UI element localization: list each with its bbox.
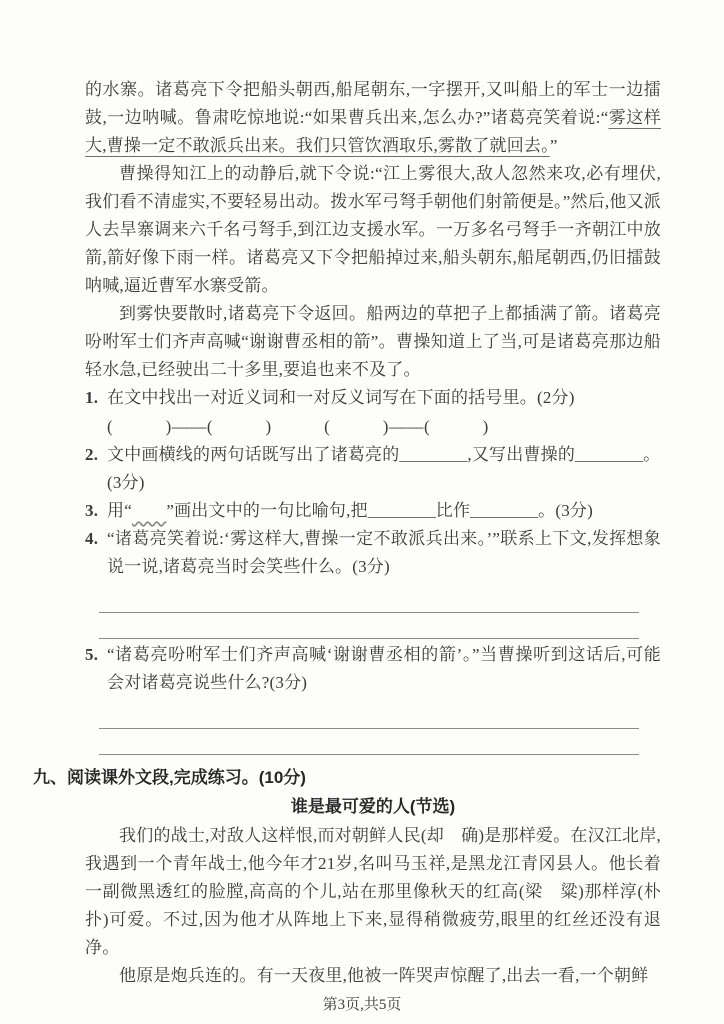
fill-in-blank: ________ [399,445,467,464]
question-text: “诸葛亮吩咐军士们齐声高喊‘谢谢曹丞相的箭’。”当曹操听到这话后,可能会对诸葛亮… [107,641,661,697]
question-number: 1. [85,384,107,441]
page-number: 第3页,共5页 [0,993,724,1014]
paragraph-text: 的水寨。诸葛亮下令把船头朝西,船尾朝东,一字摆开,又叫船上的军士一边擂鼓,一边呐… [85,80,661,127]
question-text: 在文中找出一对近义词和一对反义词写在下面的括号里。(2分) [107,388,575,407]
reading-passage-1: 的水寨。诸葛亮下令把船头朝西,船尾朝东,一字摆开,又叫船上的军士一边擂鼓,一边呐… [85,76,661,755]
score-note: (3分) [107,469,661,497]
question-body: 文中画横线的两句话既写出了诸葛亮的________,又写出曹操的________… [107,441,661,497]
question-body: 在文中找出一对近义词和一对反义词写在下面的括号里。(2分) ( )——( ) (… [107,384,661,441]
question-2: 2. 文中画横线的两句话既写出了诸葛亮的________,又写出曹操的_____… [85,441,661,497]
passage-paragraph: 到雾快要散时,诸葛亮下令返回。船两边的草把子上都插满了箭。诸葛亮吩咐军士们齐声高… [85,300,661,384]
question-text: “诸葛亮笑着说:‘雾这样大,曹操一定不敢派兵出来。’”联系上下文,发挥想象说一说… [107,525,661,581]
section-9-header: 九、阅读课外文段,完成练习。(10分) [33,764,663,792]
question-1: 1. 在文中找出一对近义词和一对反义词写在下面的括号里。(2分) ( )——( … [85,384,661,441]
answer-line [99,587,639,613]
question-number: 2. [85,441,107,497]
paragraph-text: ” [550,136,558,155]
reading-passage-2: 谁是最可爱的人(节选) 我们的战士,对敌人这样恨,而对朝鲜人民(却 确)是那样爱… [85,793,661,990]
exam-page: 的水寨。诸葛亮下令把船头朝西,船尾朝东,一字摆开,又叫船上的军士一边擂鼓,一边呐… [0,0,724,1024]
answer-line [99,729,639,755]
question-4: 4. “诸葛亮笑着说:‘雾这样大,曹操一定不敢派兵出来。’”联系上下文,发挥想象… [85,525,661,581]
answer-line [99,613,639,639]
question-text: 。(3分) [538,501,593,520]
passage-paragraph: 我们的战士,对敌人这样恨,而对朝鲜人民(却 确)是那样爱。在汉江北岸,我遇到一个… [85,822,661,962]
question-text: ,又写出曹操的 [467,445,575,464]
question-text: 比作 [436,501,470,520]
question-5: 5. “诸葛亮吩咐军士们齐声高喊‘谢谢曹丞相的箭’。”当曹操听到这话后,可能会对… [85,641,661,697]
question-3: 3. 用“ ”画出文中的一句比喻句,把________比作________。(3… [85,497,661,525]
fill-in-blank: ________ [470,501,538,520]
question-number: 3. [85,497,107,525]
question-body: 用“ ”画出文中的一句比喻句,把________比作________。(3分) [107,497,661,525]
question-number: 5. [85,641,107,697]
question-text: ”画出文中的一句比喻句,把 [166,501,367,520]
answer-area [99,587,639,639]
fill-in-blank: ________ [368,501,436,520]
question-number: 4. [85,525,107,581]
reading-passage-title: 谁是最可爱的人(节选) [85,793,661,821]
answer-area [99,703,639,755]
passage-paragraph: 他原是炮兵连的。有一天夜里,他被一阵哭声惊醒了,出去一看,一个朝鲜 [85,962,661,990]
bracket-answer-row: ( )——( ) ( )——( ) [107,413,661,441]
passage-paragraph: 的水寨。诸葛亮下令把船头朝西,船尾朝东,一字摆开,又叫船上的军士一边擂鼓,一边呐… [85,76,661,160]
question-text: 文中画横线的两句话既写出了诸葛亮的 [107,445,399,464]
question-text: 用“ [107,501,132,520]
page-content: 的水寨。诸葛亮下令把船头朝西,船尾朝东,一字摆开,又叫船上的军士一边擂鼓,一边呐… [33,76,663,990]
fill-in-blank: ________ [575,445,643,464]
question-text: 。 [643,445,660,464]
passage-paragraph: 曹操得知江上的动静后,就下令说:“江上雾很大,敌人忽然来攻,必有埋伏,我们看不清… [85,160,661,300]
wavy-line-mark [132,501,166,520]
answer-line [99,703,639,729]
